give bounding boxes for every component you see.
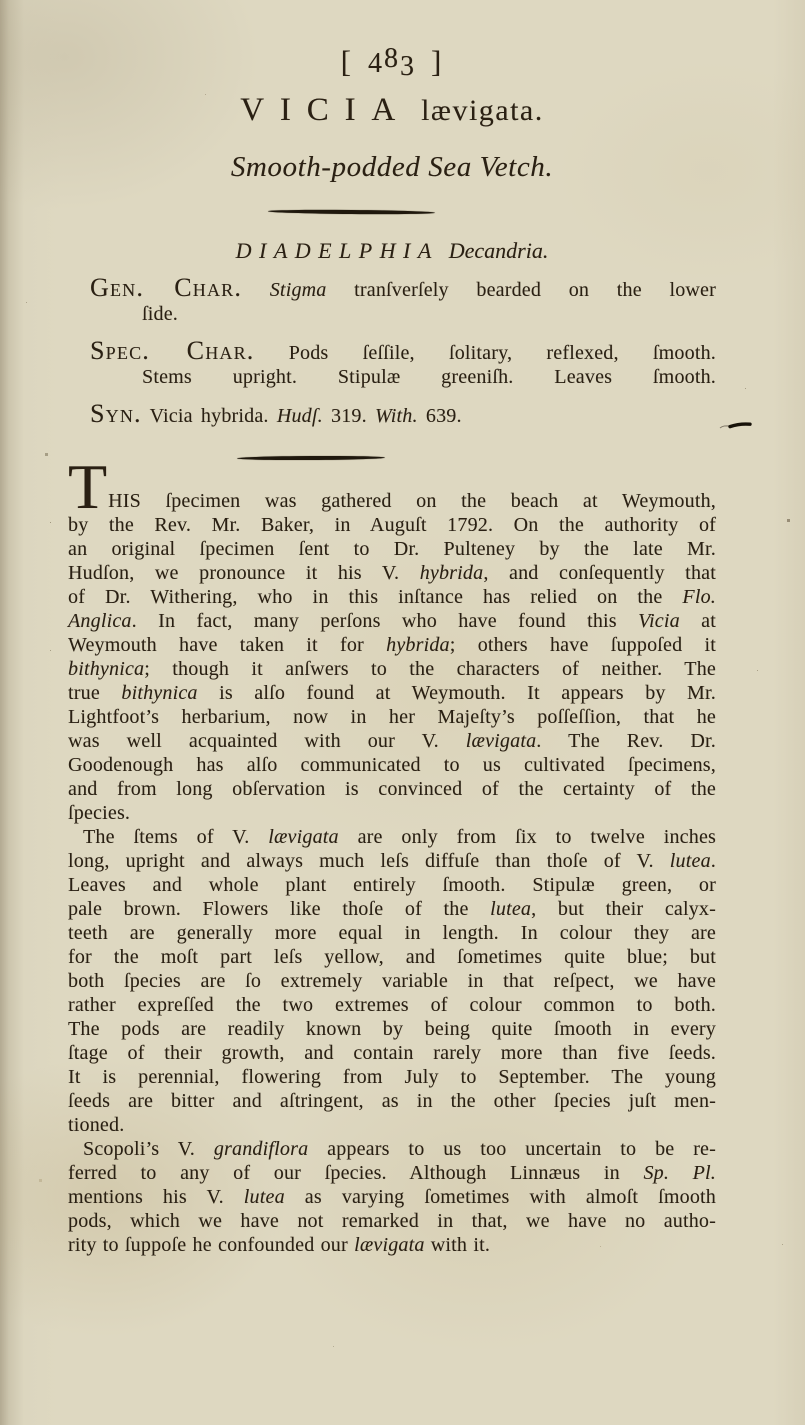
text-segment: 319. <box>323 405 375 427</box>
text-line: and from long obſervation is convinced o… <box>68 777 716 801</box>
text-column: [483] VICIAlævigata. Smooth-podded Sea V… <box>68 0 716 1257</box>
italic-text: lævigata <box>466 730 537 752</box>
text-segment: both ſpecies are ſo extremely variable i… <box>68 970 716 992</box>
text-segment: are only from ſix to twelve inches <box>339 826 716 848</box>
text-line: The ſtems of V. lævigata are only from ſ… <box>68 825 716 849</box>
divider-rule-top <box>268 209 435 214</box>
text-segment: . The Rev. Dr. <box>536 730 716 752</box>
page-number-digit: 8 <box>384 43 400 74</box>
text-segment: an original ſpecimen ſent to Dr. Pultene… <box>68 538 716 560</box>
text-segment: tioned. <box>68 1114 124 1136</box>
text-segment: Pods ſeſſile, ſolitary, reflexed, ſmooth… <box>255 342 716 364</box>
text-line: ſpecies. <box>68 801 716 825</box>
text-line: Gen. Char. Stigma tranſverſely bearded o… <box>90 276 716 302</box>
italic-text: grandiflora <box>214 1138 308 1160</box>
page-number-bracket-open: [ <box>326 44 368 79</box>
text-line: ſeeds are bitter and aſtringent, as in t… <box>68 1089 716 1113</box>
text-line: Scopoli’s V. grandiflora appears to us t… <box>68 1137 716 1161</box>
text-segment: pale brown. Flowers like thoſe of the <box>68 898 490 920</box>
text-line: an original ſpecimen ſent to Dr. Pultene… <box>68 537 716 561</box>
text-segment: Stems upright. Stipulæ greeniſh. Leaves … <box>142 366 716 388</box>
entry-synonym: Syn. Vicia hybrida. Hudſ. 319. With. 639… <box>90 402 716 428</box>
pen-mark-icon <box>719 417 753 433</box>
species-epithet: lævigata. <box>421 94 544 127</box>
text-segment: Vicia hybrida. <box>142 405 277 427</box>
page-number-bracket-close: ] <box>416 44 458 79</box>
text-segment: 639. <box>418 405 462 427</box>
small-caps-label: Spec. Char. <box>90 336 255 365</box>
italic-text: Hudſ. <box>277 405 323 427</box>
text-segment: and from long obſervation is convinced o… <box>68 778 716 800</box>
italic-text: bithynica <box>121 682 197 704</box>
text-segment: tranſverſely bearded on the lower <box>327 279 717 301</box>
text-line: ſtage of their growth, and contain rarel… <box>68 1041 716 1065</box>
italic-text: lævigata <box>354 1234 425 1256</box>
class-name: DIADELPHIA <box>236 238 439 263</box>
text-segment: with it. <box>425 1234 490 1256</box>
text-segment: at <box>680 610 716 632</box>
paragraph-1: THIS ſpecimen was gathered on the beach … <box>68 486 716 825</box>
text-segment: for the moſt part leſs yellow, and ſomet… <box>68 946 716 968</box>
text-line: both ſpecies are ſo extremely variable i… <box>68 969 716 993</box>
text-segment: Weymouth have taken it for <box>68 634 386 656</box>
text-segment: teeth are generally more equal in length… <box>68 922 716 944</box>
small-caps-label: Syn. <box>90 399 142 428</box>
text-line: of Dr. Withering, who in this inſtance h… <box>68 585 716 609</box>
text-line: Leaves and whole plant entirely ſmooth. … <box>68 873 716 897</box>
entry-spec-char: Spec. Char. Pods ſeſſile, ſolitary, refl… <box>90 339 716 389</box>
text-segment: ferred to any of our ſpecies. Although L… <box>68 1162 643 1184</box>
small-caps-label: Gen. Char. <box>90 273 242 302</box>
classification-heading: DIADELPHIADecandria. <box>68 238 716 264</box>
text-line: Weymouth have taken it for hybrida; othe… <box>68 633 716 657</box>
text-line: teeth are generally more equal in length… <box>68 921 716 945</box>
text-segment: ſpecies. <box>68 802 130 824</box>
italic-text: Vicia <box>638 610 680 632</box>
italic-text: lutea <box>490 898 531 920</box>
text-segment: pods, which we have not remarked in that… <box>68 1210 716 1232</box>
text-segment: appears to us too uncertain to be re- <box>308 1138 716 1160</box>
text-line: mentions his V. lutea as varying ſometim… <box>68 1185 716 1209</box>
text-line: long, upright and always much leſs diffu… <box>68 849 716 873</box>
text-line: The pods are readily known by being quit… <box>68 1017 716 1041</box>
italic-text: hybrida <box>420 562 484 584</box>
text-segment: ſtage of their growth, and contain rarel… <box>68 1042 716 1064</box>
text-segment: . In fact, many perſons who have found t… <box>132 610 639 632</box>
text-segment: ſeeds are bitter and aſtringent, as in t… <box>68 1090 716 1112</box>
text-line: Hudſon, we pronounce it his V. hybrida, … <box>68 561 716 585</box>
genus-name: VICIA <box>240 92 411 128</box>
text-segment: Goodenough has alſo communicated to us c… <box>68 754 716 776</box>
text-segment: true <box>68 682 121 704</box>
text-line: rity to ſuppoſe he confounded our læviga… <box>68 1233 716 1257</box>
text-segment: mentions his V. <box>68 1186 244 1208</box>
text-segment: The pods are readily known by being quit… <box>68 1018 716 1040</box>
divider-rule-middle <box>237 456 385 461</box>
text-segment: by the Rev. Mr. Baker, in Auguſt 1792. O… <box>68 514 716 536</box>
text-segment: Scopoli’s V. <box>83 1138 214 1160</box>
text-line: by the Rev. Mr. Baker, in Auguſt 1792. O… <box>68 513 716 537</box>
text-segment: was well acquainted with our V. <box>68 730 466 752</box>
italic-text: lævigata <box>268 826 339 848</box>
text-segment: It is perennial, flowering from July to … <box>68 1066 716 1088</box>
text-line: pale brown. Flowers like thoſe of the lu… <box>68 897 716 921</box>
page-number-digit: 3 <box>400 51 416 82</box>
paragraph-2: The ſtems of V. lævigata are only from ſ… <box>68 825 716 1137</box>
text-line: tioned. <box>68 1113 716 1137</box>
text-line: Anglica. In fact, many perſons who have … <box>68 609 716 633</box>
text-line: for the moſt part leſs yellow, and ſomet… <box>68 945 716 969</box>
text-line: It is perennial, flowering from July to … <box>68 1065 716 1089</box>
text-line: Goodenough has alſo communicated to us c… <box>68 753 716 777</box>
character-entries: Gen. Char. Stigma tranſverſely bearded o… <box>68 276 716 428</box>
text-segment: ; others have ſuppoſed it <box>450 634 716 656</box>
text-segment: ; though it anſwers to the characters of… <box>144 658 716 680</box>
text-segment <box>242 279 270 301</box>
text-segment: HIS ſpecimen was gathered on the beach a… <box>108 490 716 512</box>
entry-gen-char: Gen. Char. Stigma tranſverſely bearded o… <box>90 276 716 326</box>
italic-text: lutea <box>670 850 711 872</box>
order-name: Decandria. <box>449 238 549 263</box>
italic-text: Sp. Pl. <box>643 1162 716 1184</box>
italic-text: With. <box>375 405 418 427</box>
paper-specks <box>0 0 1 1</box>
common-name: Smooth-podded Sea Vetch. <box>68 151 716 184</box>
italic-text: Stigma <box>270 279 327 301</box>
text-line: rather expreſſed the two extremes of col… <box>68 993 716 1017</box>
text-line: ferred to any of our ſpecies. Although L… <box>68 1161 716 1185</box>
italic-text: lutea <box>244 1186 285 1208</box>
text-segment: , and conſequently that <box>483 562 716 584</box>
text-segment: as varying ſometimes with almoſt ſmooth <box>285 1186 716 1208</box>
text-line: ſide. <box>90 302 716 326</box>
text-line: bithynica; though it anſwers to the char… <box>68 657 716 681</box>
body-text: THIS ſpecimen was gathered on the beach … <box>68 486 716 1257</box>
italic-text: bithynica <box>68 658 144 680</box>
text-segment: of Dr. Withering, who in this inſtance h… <box>68 586 682 608</box>
text-segment: Hudſon, we pronounce it his V. <box>68 562 420 584</box>
text-line: Syn. Vicia hybrida. Hudſ. 319. With. 639… <box>90 402 716 428</box>
text-segment: rity to ſuppoſe he confounded our <box>68 1234 354 1256</box>
text-segment: ſide. <box>142 303 178 325</box>
text-segment: is alſo found at Weymouth. It appears by… <box>198 682 716 704</box>
italic-text: Anglica <box>68 610 132 632</box>
text-segment: , but their calyx- <box>531 898 716 920</box>
text-segment: Lightfoot’s herbarium, now in her Majeſt… <box>68 706 716 728</box>
italic-text: Flo. <box>682 586 716 608</box>
text-line: Spec. Char. Pods ſeſſile, ſolitary, refl… <box>90 339 716 365</box>
drop-cap: T <box>68 451 108 522</box>
text-segment: long, upright and always much leſs diffu… <box>68 850 670 872</box>
text-line: pods, which we have not remarked in that… <box>68 1209 716 1233</box>
text-segment: Leaves and whole plant entirely ſmooth. … <box>68 874 716 896</box>
text-segment: The ſtems of V. <box>83 826 268 848</box>
page-number: [483] <box>68 46 716 80</box>
book-page: [483] VICIAlævigata. Smooth-podded Sea V… <box>0 0 805 1425</box>
text-line: was well acquainted with our V. lævigata… <box>68 729 716 753</box>
text-line: Lightfoot’s herbarium, now in her Majeſt… <box>68 705 716 729</box>
text-line: true bithynica is alſo found at Weymouth… <box>68 681 716 705</box>
italic-text: hybrida <box>386 634 450 656</box>
text-line: THIS ſpecimen was gathered on the beach … <box>68 486 716 513</box>
paragraph-3: Scopoli’s V. grandiflora appears to us t… <box>68 1137 716 1257</box>
species-title: VICIAlævigata. <box>68 92 716 129</box>
page-number-digit: 4 <box>368 48 384 79</box>
text-line: Stems upright. Stipulæ greeniſh. Leaves … <box>90 365 716 389</box>
text-segment: . <box>711 850 716 872</box>
text-segment: rather expreſſed the two extremes of col… <box>68 994 716 1016</box>
